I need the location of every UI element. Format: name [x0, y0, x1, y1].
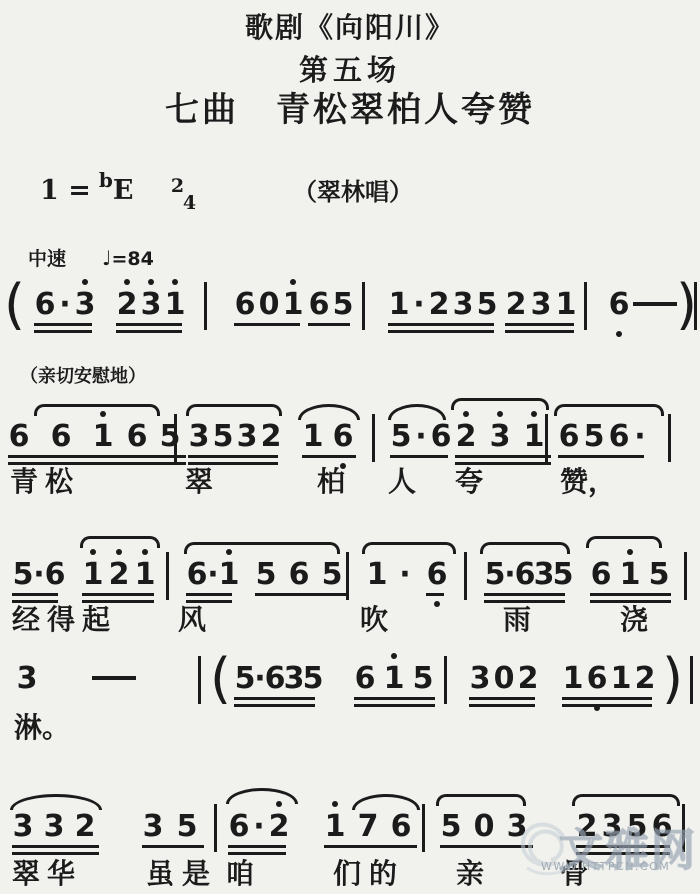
note-digit: 5 [626, 810, 648, 844]
note-group: 65 [308, 288, 356, 322]
music-line: 5·61216·15651·65·635615 [0, 558, 700, 598]
note-digit: 1 [302, 420, 324, 454]
dash-extension-line [92, 676, 136, 680]
barline [166, 552, 169, 600]
note-digit: 5 [302, 662, 324, 696]
slur-arc [362, 542, 456, 554]
note-group: 615 [354, 662, 441, 696]
note-digit: 5 [552, 558, 574, 592]
slur-arc [34, 404, 160, 416]
music-line: 661653532165·6231656· [0, 420, 700, 460]
note-digit: 2 [260, 420, 282, 454]
barline [362, 282, 365, 330]
note-digit: 6 [126, 420, 148, 454]
note-digit: 0 [473, 810, 495, 844]
parenthesis: ( [210, 650, 231, 708]
note-digit: 5 [332, 288, 354, 322]
lyric-syllable: 赞， [560, 466, 616, 498]
note-digit: 3 [43, 810, 65, 844]
note-digit: 7 [357, 810, 379, 844]
note-digit: 6 [651, 810, 673, 844]
note-digit: 5 [412, 662, 434, 696]
note-digit: 2 [428, 288, 450, 322]
note-group: 1612 [562, 662, 658, 696]
note-group: 6·3 [34, 288, 98, 322]
note-digit: 1 [82, 558, 104, 592]
barline [584, 282, 587, 330]
note-digit: 1 [619, 558, 641, 592]
lyric-line: 青松翠柏人夸赞， [0, 466, 700, 506]
note-group: 615 [590, 558, 677, 592]
note-digit: 6 [608, 288, 630, 322]
note-digit: 1 [324, 810, 346, 844]
note-digit: 1 [555, 288, 577, 322]
note-group: 6·2 [228, 810, 292, 844]
slur-arc [186, 404, 282, 416]
lyric-syllable: 柏 [317, 466, 345, 498]
barline [682, 804, 685, 852]
note-digit: 6 [332, 420, 354, 454]
lyric-syllable: 吹 [360, 604, 388, 636]
barline [174, 414, 177, 462]
note-digit: 6 [288, 558, 310, 592]
barline [346, 552, 349, 600]
barline [684, 552, 687, 600]
note-digit: 6 [228, 810, 250, 844]
note-digit: 6 [390, 810, 412, 844]
note-group: 332 [12, 810, 105, 844]
note-digit: 2 [455, 420, 477, 454]
note-digit: 6 [558, 420, 580, 454]
note-digit: 1 [383, 662, 405, 696]
note-digit: 1 [610, 662, 632, 696]
note-digit: 1 [562, 662, 584, 696]
note-group: 601 [234, 288, 306, 322]
note-digit: 2 [634, 662, 656, 696]
barline [372, 414, 375, 462]
music-line: 332356·21765032356 [0, 810, 700, 850]
slur-arc [480, 542, 570, 554]
note-group: 5·635 [484, 558, 571, 592]
note-digit: 5 [12, 558, 34, 592]
note-group: 6 [608, 288, 632, 322]
slur-arc [388, 404, 446, 420]
note-digit: 5 [321, 558, 343, 592]
note-digit: 3 [16, 662, 38, 696]
slur-arc [352, 794, 420, 810]
lyric-syllable: 雨 [503, 604, 531, 636]
lyric-syllable: 浇 [620, 604, 648, 636]
music-line: (6·3231601651·2352316) [0, 288, 700, 328]
lyric-syllable: 人 [388, 466, 416, 498]
lyric-line: 翠华虽是咱们的亲骨 [0, 858, 700, 894]
note-group: 503 [440, 810, 539, 844]
lyric-syllable: 亲 [456, 858, 484, 890]
note-group: 231 [505, 288, 580, 322]
note-digit: 3 [142, 810, 164, 844]
note-group: 5·635 [234, 662, 321, 696]
lyric-syllable: 经得起 [12, 604, 117, 636]
augmentation-dot: · [414, 420, 428, 454]
lyric-syllable: 淋。 [14, 712, 70, 744]
note-digit: 6 [308, 288, 330, 322]
note-digit: 5 [583, 420, 605, 454]
parenthesis: ) [662, 650, 683, 708]
lyric-syllable: 翠华 [12, 858, 82, 890]
lyric-syllable: 们的 [333, 858, 405, 890]
note-digit: 3 [188, 420, 210, 454]
lyric-line: 淋。 [0, 712, 700, 752]
score-page: 歌剧《向阳川》 第五场 七曲 青松翠柏人夸赞 1 =bE 2 4 （翠林唱） 中… [0, 0, 700, 894]
music-line: 3(5·6356153021612) [0, 662, 700, 702]
slur-arc [10, 794, 102, 810]
note-digit: 5 [476, 288, 498, 322]
barline [694, 282, 697, 330]
note-group: 5·6 [12, 558, 64, 592]
note-digit: 3 [601, 810, 623, 844]
note-group: 565 [255, 558, 354, 592]
barline [690, 656, 693, 704]
note-digit: 0 [258, 288, 280, 322]
note-group: 6·1 [186, 558, 238, 592]
note-digit: 3 [506, 810, 528, 844]
parenthesis: ( [4, 276, 25, 334]
note-group: 1· [366, 558, 414, 592]
note-digit: 6 [44, 558, 66, 592]
note-digit: 1 [92, 420, 114, 454]
note-group: 65 [126, 420, 192, 454]
note-digit: 0 [493, 662, 515, 696]
note-digit: 1 [523, 420, 545, 454]
note-digit: 3 [489, 420, 511, 454]
note-digit: 6 [430, 420, 452, 454]
note-digit: 1 [164, 288, 186, 322]
augmentation-dot: · [633, 420, 647, 454]
note-digit: 2 [505, 288, 527, 322]
note-group: 35 [142, 810, 210, 844]
note-digit: 1 [366, 558, 388, 592]
note-digit: 6 [34, 288, 56, 322]
augmentation-dot: · [412, 288, 426, 322]
note-digit: 6 [608, 420, 630, 454]
augmentation-dot: · [58, 288, 72, 322]
note-group: 661 [8, 420, 134, 454]
note-group: 1·235 [388, 288, 500, 322]
slur-arc [451, 398, 549, 410]
note-group: 2356 [576, 810, 676, 844]
note-group: 176 [324, 810, 423, 844]
note-digit: 5 [648, 558, 670, 592]
note-group: 16 [302, 420, 362, 454]
note-group: 231 [455, 420, 557, 454]
augmentation-dot: · [252, 810, 266, 844]
note-group: 6 [426, 558, 450, 592]
lyric-syllable: 风 [178, 604, 206, 636]
barline [204, 282, 207, 330]
note-group: 3532 [188, 420, 284, 454]
note-digit: 2 [116, 288, 138, 322]
lyric-syllable: 翠 [185, 466, 213, 498]
note-digit: 1 [388, 288, 410, 322]
slur-arc [80, 536, 160, 548]
note-digit: 5 [176, 810, 198, 844]
slur-arc [436, 794, 526, 806]
note-group: 656· [558, 420, 650, 454]
note-digit: 6 [234, 288, 256, 322]
notation-area: (6·3231601651·2352316)661653532165·62316… [0, 0, 700, 894]
slur-arc [226, 788, 298, 804]
note-group: 3 [16, 662, 40, 696]
note-digit: 2 [74, 810, 96, 844]
barline [422, 804, 425, 852]
slur-arc [586, 536, 662, 548]
slur-arc [554, 404, 664, 416]
barline [464, 552, 467, 600]
lyric-syllable: 夸 [455, 466, 483, 498]
note-digit: 3 [469, 662, 491, 696]
slur-arc [572, 794, 680, 806]
lyric-line: 经得起风吹雨浇 [0, 604, 700, 644]
note-digit: 6 [590, 558, 612, 592]
note-digit: 6 [50, 420, 72, 454]
note-digit: 3 [530, 288, 552, 322]
note-digit: 6 [426, 558, 448, 592]
note-group: 5·6 [390, 420, 454, 454]
barline [444, 656, 447, 704]
augmentation-dot: · [398, 558, 412, 592]
note-digit: 6 [186, 558, 208, 592]
note-digit: 6 [354, 662, 376, 696]
dash-extension-line [633, 302, 677, 306]
note-digit: 2 [517, 662, 539, 696]
note-digit: 2 [268, 810, 290, 844]
note-group: 302 [469, 662, 541, 696]
barline [545, 414, 548, 462]
note-digit: 5 [440, 810, 462, 844]
note-digit: 1 [282, 288, 304, 322]
note-digit: 1 [134, 558, 156, 592]
slur-arc [298, 404, 360, 420]
note-group: 231 [116, 288, 188, 322]
note-group: 121 [82, 558, 160, 592]
note-digit: 6 [586, 662, 608, 696]
note-digit: 5 [159, 420, 181, 454]
note-digit: 6 [8, 420, 30, 454]
note-digit: 1 [218, 558, 240, 592]
barline [214, 804, 217, 852]
lyric-syllable: 虽是 [146, 858, 218, 890]
note-digit: 5 [212, 420, 234, 454]
note-digit: 2 [576, 810, 598, 844]
note-digit: 2 [108, 558, 130, 592]
barline [668, 414, 671, 462]
note-digit: 5 [390, 420, 412, 454]
note-digit: 5 [255, 558, 277, 592]
lyric-syllable: 骨 [560, 858, 588, 890]
note-digit: 3 [12, 810, 34, 844]
barline [198, 656, 201, 704]
note-digit: 3 [236, 420, 258, 454]
lyric-syllable: 青松 [10, 466, 80, 498]
slur-arc [184, 542, 340, 554]
note-digit: 3 [452, 288, 474, 322]
note-digit: 3 [140, 288, 162, 322]
note-digit: 3 [74, 288, 96, 322]
lyric-syllable: 咱 [226, 858, 254, 890]
